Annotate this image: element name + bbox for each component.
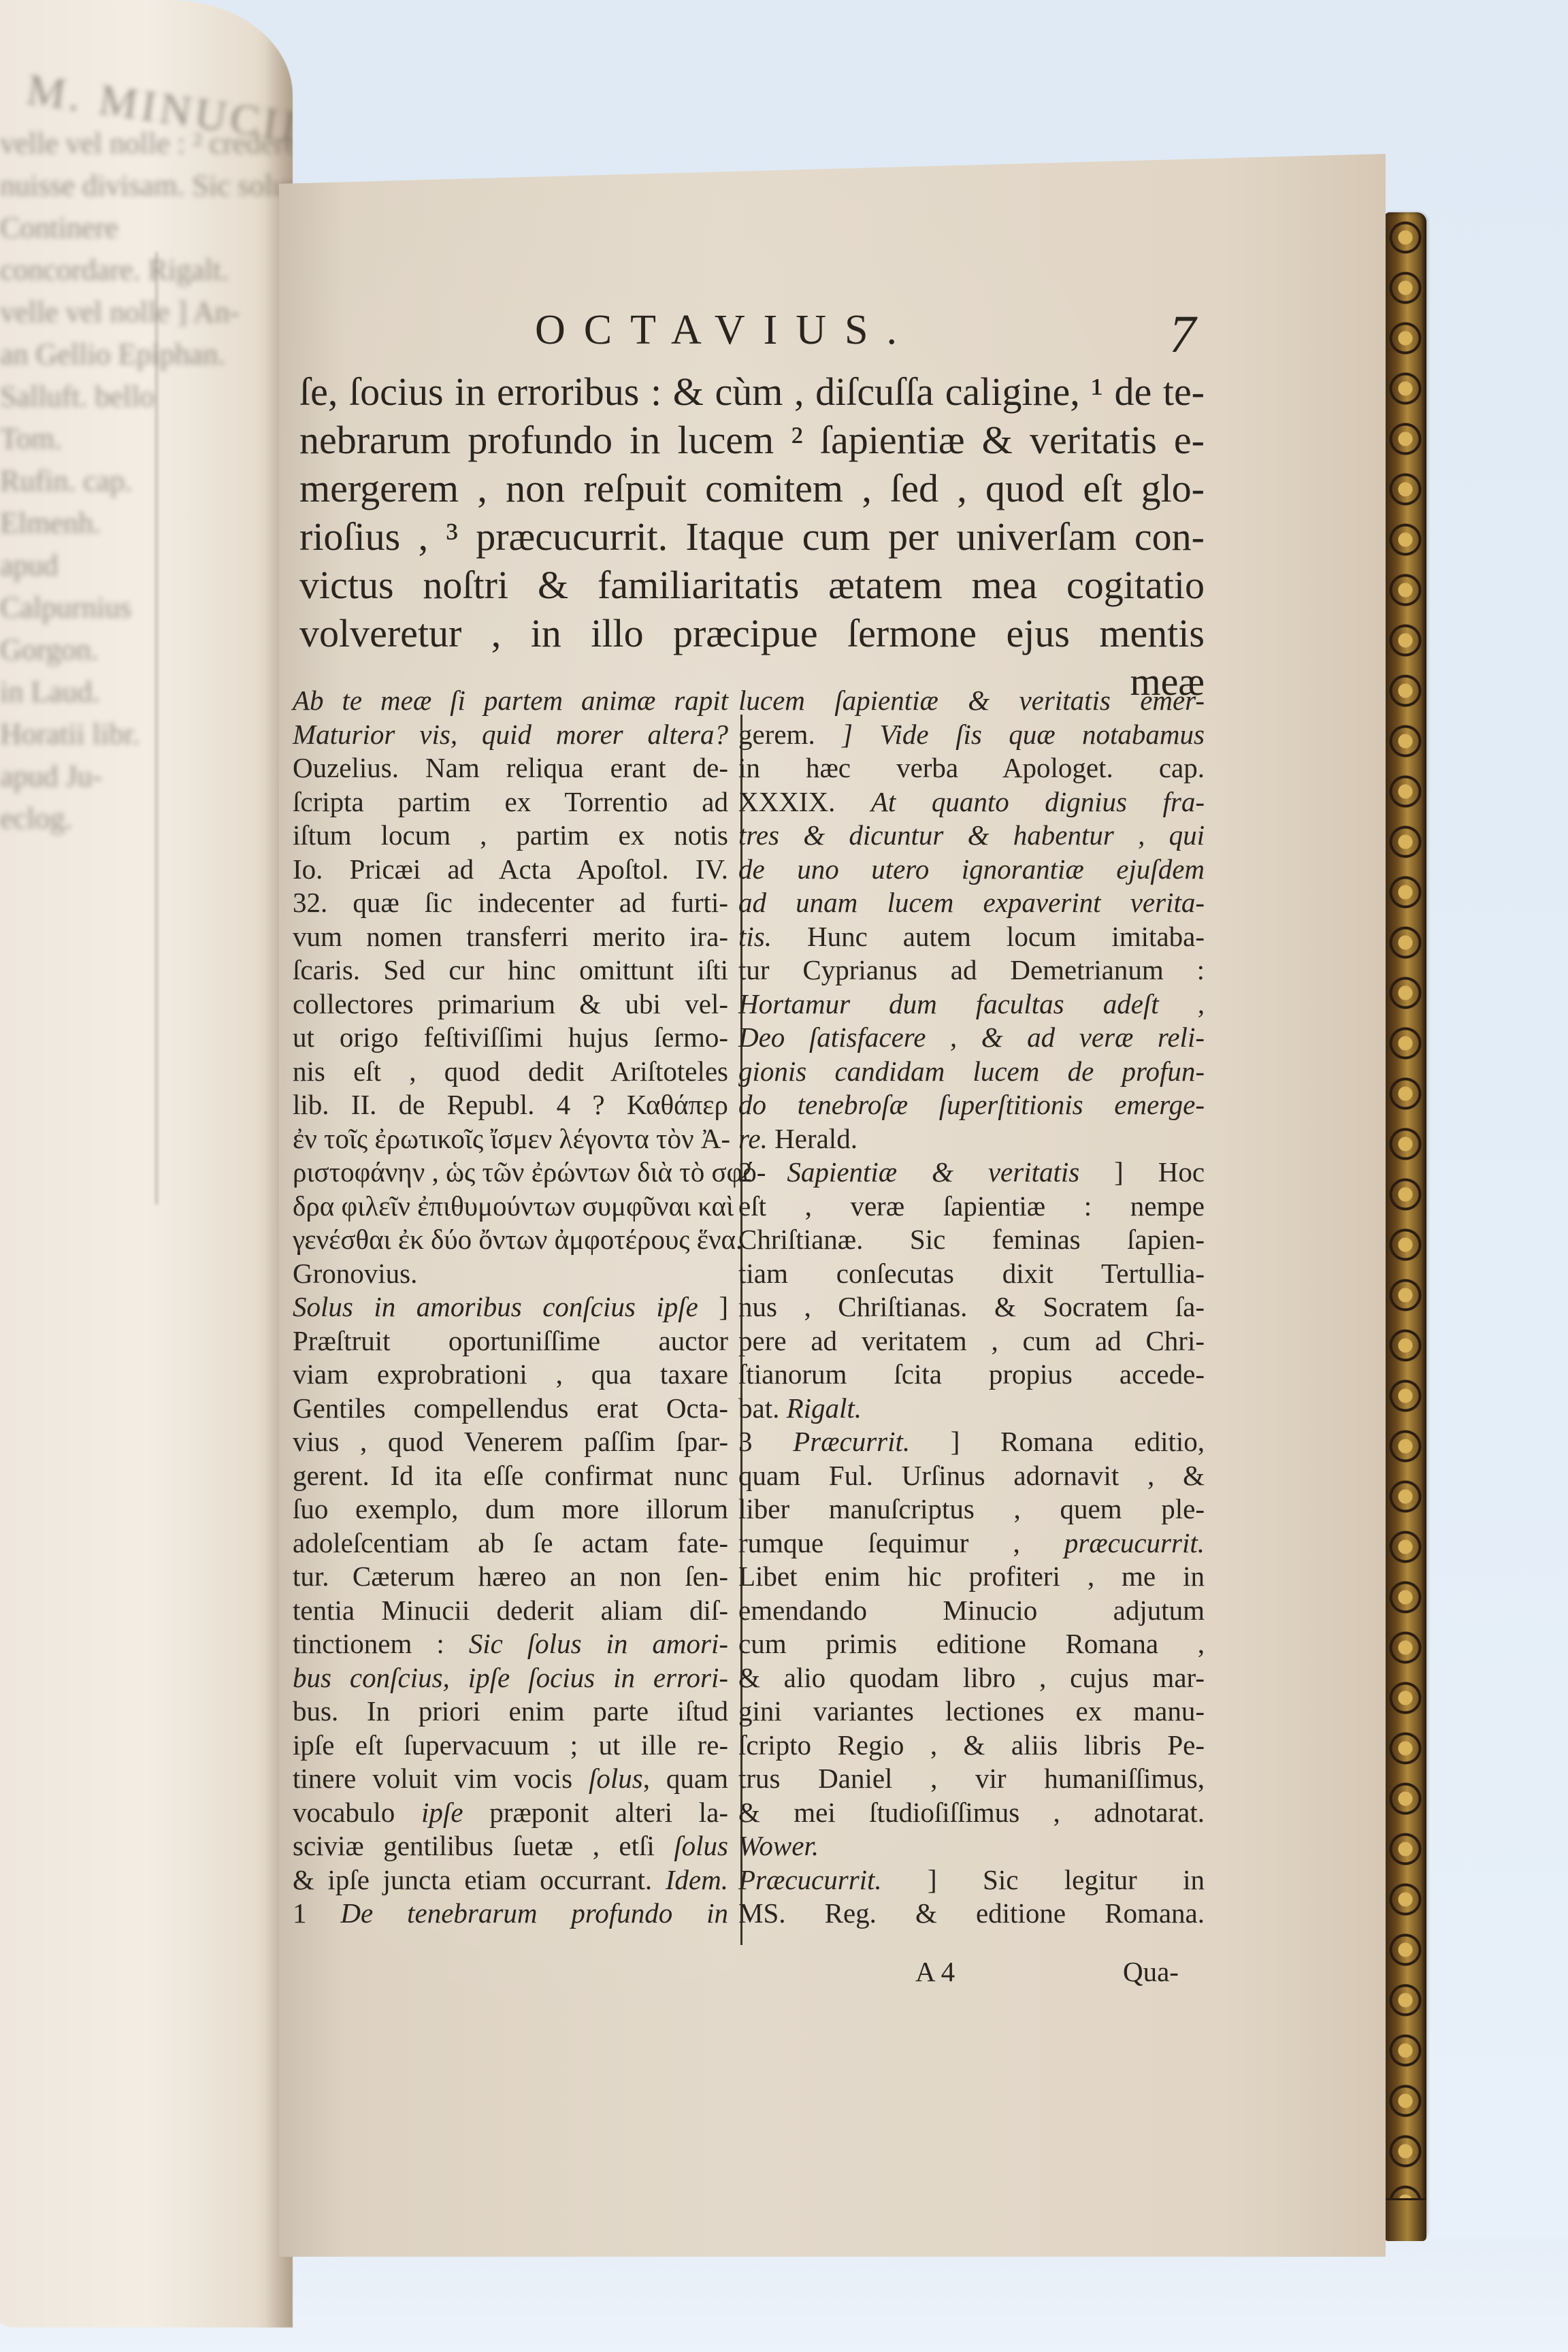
note-line: Deo ſatisfacere , & ad veræ reli- [738,1021,1205,1055]
note-line: Ouzelius. Nam reliqua erant de- [293,751,728,785]
note-line: & alio quodam libro , cujus mar- [738,1661,1205,1695]
note-line: Gentiles compellendus erat Octa- [293,1392,728,1426]
note-roman-segment: præponit alteri la- [463,1797,728,1828]
note-line: sciviæ gentilibus ſuetæ , etſi ſolus [293,1829,728,1863]
left-page-line: concordare. Rigalt. [0,249,293,291]
note-italic-segment: Sapientiæ & veritatis [787,1156,1079,1188]
note-line: nis eſt , quod dedit Ariſtoteles [293,1055,728,1089]
note-italic-segment: ipſe [421,1797,463,1828]
note-line: trus Daniel , vir humaniſſimus, [738,1762,1205,1796]
note-italic-segment: Præcurrit. [793,1426,910,1457]
note-line: tur. Cæterum hæreo an non ſen- [293,1560,728,1594]
main-text-line: mergerem , non reſpuit comitem , ſed , q… [299,464,1205,512]
note-roman-segment: Herald. [768,1123,857,1154]
note-line: adoleſcentiam ab ſe actam fate- [293,1526,728,1561]
left-page-line: Continere [0,207,293,249]
note-roman-segment: bat. [738,1392,787,1424]
note-line: 1 De tenebrarum profundo in [293,1897,728,1931]
note-line: ſtianorum ſcita propius accede- [738,1358,1205,1392]
notes-left-column: Ab te meæ ſi partem animæ rapitMaturior … [293,684,728,1931]
running-head: OCTAVIUS. [535,306,915,355]
note-roman-segment: XXXIX. [738,786,871,817]
main-text-line: volveretur , in illo præcipue ſermone ej… [299,609,1205,657]
note-line: MS. Reg. & editione Romana. [738,1897,1205,1931]
main-text-line: rioſius , ³ præcucurrit. Itaque cum per … [299,512,1205,561]
note-line: ipſe eſt ſupervacuum ; ut ille re- [293,1729,728,1763]
note-line: Solus in amoribus conſcius ipſe ] [293,1290,728,1324]
left-page-line: apud Ju- [0,755,293,798]
main-text-line: ſe, ſocius in erroribus : & cùm , diſcuſ… [299,367,1205,416]
left-page-line: Gorgon. [0,629,293,671]
note-line: re. Herald. [738,1122,1205,1156]
note-line: Gronovius. [293,1257,728,1291]
note-line: δρα φιλεῖν ἐπιθυμούντων συμφῦναι καὶ [293,1190,728,1224]
note-line: eſt , veræ ſapientiæ : nempe [738,1190,1205,1224]
left-page-line: velle vel nolle ] An- [0,291,293,333]
note-roman-segment: tinere voluit vim vocis [293,1763,589,1794]
note-line: Maturior vis, quid morer altera? [293,718,728,752]
note-italic-segment: Rigalt. [787,1392,862,1424]
note-roman-segment: sciviæ gentilibus ſuetæ , etſi [293,1830,674,1861]
note-line: in hæc verba Apologet. cap. [738,751,1205,785]
note-roman-segment: rumque ſequimur , [738,1527,1064,1558]
catchword: Qua- [1123,1955,1179,1988]
note-line: bus conſcius, ipſe ſocius in errori- [293,1661,728,1695]
note-line: XXXIX. At quanto dignius fra- [738,785,1205,819]
note-line: Hortamur dum facultas adeſt , [738,987,1205,1022]
note-italic-segment: Idem. [666,1864,728,1895]
note-line: Ab te meæ ſi partem animæ rapit [293,684,728,718]
note-italic-segment: ] Vide ſis quæ notabamus [815,719,1205,750]
note-italic-segment: re. [738,1123,768,1154]
note-roman-segment: Hunc autem locum imitaba- [772,921,1205,952]
note-number: 1 [293,1897,340,1929]
note-line: liber manuſcriptus , quem ple- [738,1492,1205,1526]
note-line: tis. Hunc autem locum imitaba- [738,920,1205,954]
note-line: tentia Minucii dederit aliam diſ- [293,1594,728,1628]
note-line: cum primis editione Romana , [738,1627,1205,1661]
note-italic-segment: præcucurrit. [1064,1527,1205,1558]
left-page-line: Elmenh. [0,502,293,544]
gilt-binding-edge [1384,212,1426,2237]
note-line: lucem ſapientiæ & veritatis emer- [738,684,1205,718]
left-page-line: Salluft. bello [0,376,293,418]
note-line: emendando Minucio adjutum [738,1594,1205,1628]
note-line: gerent. Id ita eſſe confirmat nunc [293,1459,728,1493]
note-italic-segment: ſolus [674,1830,728,1861]
left-page-line: in Laud. [0,671,293,713]
left-page-line: Horatii libr. [0,713,293,755]
note-roman-segment: & ipſe juncta etiam occurrant. [293,1864,666,1895]
photo-scene: M. MINUCII FELICIS velle vel nolle : ² c… [0,0,1568,2352]
note-line: iſtum locum , partim ex notis [293,819,728,853]
main-text-block: ſe, ſocius in erroribus : & cùm , diſcuſ… [299,367,1205,706]
note-line: rumque ſequimur , præcucurrit. [738,1526,1205,1561]
page-number: 7 [1169,304,1196,365]
left-page-line: apud [0,544,293,587]
note-italic-segment: At quanto dignius fra- [871,786,1205,817]
note-line: quam Ful. Urſinus adornavit , & [738,1459,1205,1493]
note-line: tres & dicuntur & habentur , qui [738,819,1205,853]
note-roman-segment: ] Hoc [1079,1156,1205,1188]
left-page-line: Rufin. cap. [0,460,293,502]
note-line: bat. Rigalt. [738,1392,1205,1426]
note-line: 3 Præcurrit. ] Romana editio, [738,1425,1205,1459]
note-roman-segment: tinctionem : [293,1628,469,1659]
note-line: viam exprobrationi , qua taxare [293,1358,728,1392]
notes-right-column: lucem ſapientiæ & veritatis emer-gerem. … [738,684,1205,1931]
note-roman-segment: vocabulo [293,1797,421,1828]
left-page-line: eclog. [0,798,293,840]
note-italic-segment: Solus in amoribus conſcius ipſe [293,1291,698,1322]
note-line: tinere voluit vim vocis ſolus, quam [293,1762,728,1796]
note-line: & mei ſtudioſiſſimus , adnotarat. [738,1796,1205,1830]
note-roman-segment: gerem. [738,719,815,750]
note-line: gerem. ] Vide ſis quæ notabamus [738,718,1205,752]
note-roman-segment: ] [698,1291,728,1322]
left-page-blurred: M. MINUCII FELICIS velle vel nolle : ² c… [0,0,293,2327]
note-roman-segment: 3 [738,1426,793,1457]
note-italic-segment: Sic ſolus in amori- [469,1628,728,1659]
note-roman-segment: ] Sic legitur in [882,1864,1205,1895]
main-text-line: victus noſtri & familiaritatis ætatem me… [299,561,1205,609]
note-line: vocabulo ipſe præponit alteri la- [293,1796,728,1830]
note-line: tur Cyprianus ad Demetrianum : [738,953,1205,987]
note-roman-segment: , quam [643,1763,728,1794]
note-line: de uno utero ignorantiæ ejuſdem [738,853,1205,887]
left-page-line: Calpurnius [0,587,293,629]
note-italic-segment: tis. [738,921,772,952]
left-page-text: M. MINUCII FELICIS velle vel nolle : ² c… [0,68,293,840]
note-line: gini variantes lectiones ex manu- [738,1695,1205,1729]
note-line: ἐν τοῖς ἐρωτικοῖς ἴσμεν λέγοντα τὸν Ἀ- [293,1122,728,1156]
note-line: 32. quæ ſic indecenter ad furti- [293,886,728,920]
note-line: tiam conſecutas dixit Tertullia- [738,1257,1205,1291]
note-line: γενέσθαι ἐκ δύο ὄντων ἀμφοτέρους ἕνα. [293,1223,728,1257]
note-line: Præſtruit oportuniſſime auctor [293,1324,728,1358]
note-line: & ipſe juncta etiam occurrant. Idem. [293,1863,728,1897]
note-roman-segment: ] Romana editio, [910,1426,1205,1457]
note-italic-segment: Præcucurrit. [738,1864,882,1895]
note-line: collectores primarium & ubi vel- [293,987,728,1022]
note-line: ſcripto Regio , & aliis libris Pe- [738,1729,1205,1763]
note-italic-segment: De tenebrarum profundo in [340,1897,728,1929]
note-line: do tenebroſæ ſuperſtitionis emerge- [738,1088,1205,1122]
note-line: ſuo exemplo, dum more illorum [293,1492,728,1526]
signature-mark: A 4 [915,1955,955,1988]
note-line: bus. In priori enim parte iſtud [293,1695,728,1729]
left-page-line: an Gellio Epiphan. [0,333,293,376]
note-line: vum nomen transferri merito ira- [293,920,728,954]
note-line: nus , Chriſtianas. & Socratem ſa- [738,1290,1205,1324]
note-line: vius , quod Venerem paſſim ſpar- [293,1425,728,1459]
left-page-line: Tom. [0,418,293,460]
note-line: Wower. [738,1829,1205,1863]
note-line: tinctionem : Sic ſolus in amori- [293,1627,728,1661]
note-line: Libet enim hic profiteri , me in [738,1560,1205,1594]
note-line: Præcucurrit. ] Sic legitur in [738,1863,1205,1897]
note-italic-segment: ſolus [589,1763,643,1794]
note-line: Io. Pricæi ad Acta Apoſtol. IV. [293,853,728,887]
left-page-line: nuisse divisam. Sic solus in amoribus [0,165,293,207]
binding-corner [1384,2198,1426,2241]
note-line: lib. II. de Republ. 4 ? Καθάπερ [293,1088,728,1122]
note-line: 2 Sapientiæ & veritatis ] Hoc [738,1156,1205,1190]
note-line: ad unam lucem expaverint verita- [738,886,1205,920]
note-roman-segment: 2 [738,1156,787,1188]
note-line: ſcaris. Sed cur hinc omittunt iſti [293,953,728,987]
note-line: ριστοφάνην , ὡς τῶν ἐρώντων διὰ τὸ σφό- [293,1156,728,1190]
note-line: pere ad veritatem , cum ad Chri- [738,1324,1205,1358]
left-column-rule [155,252,158,1205]
note-line: Chriſtianæ. Sic feminas ſapien- [738,1223,1205,1257]
note-line: ut origo feſtiviſſimi hujus ſermo- [293,1021,728,1055]
note-line: gionis candidam lucem de profun- [738,1055,1205,1089]
main-text-line: nebrarum profundo in lucem ² ſapientiæ &… [299,416,1205,464]
note-line: ſcripta partim ex Torrentio ad [293,785,728,819]
